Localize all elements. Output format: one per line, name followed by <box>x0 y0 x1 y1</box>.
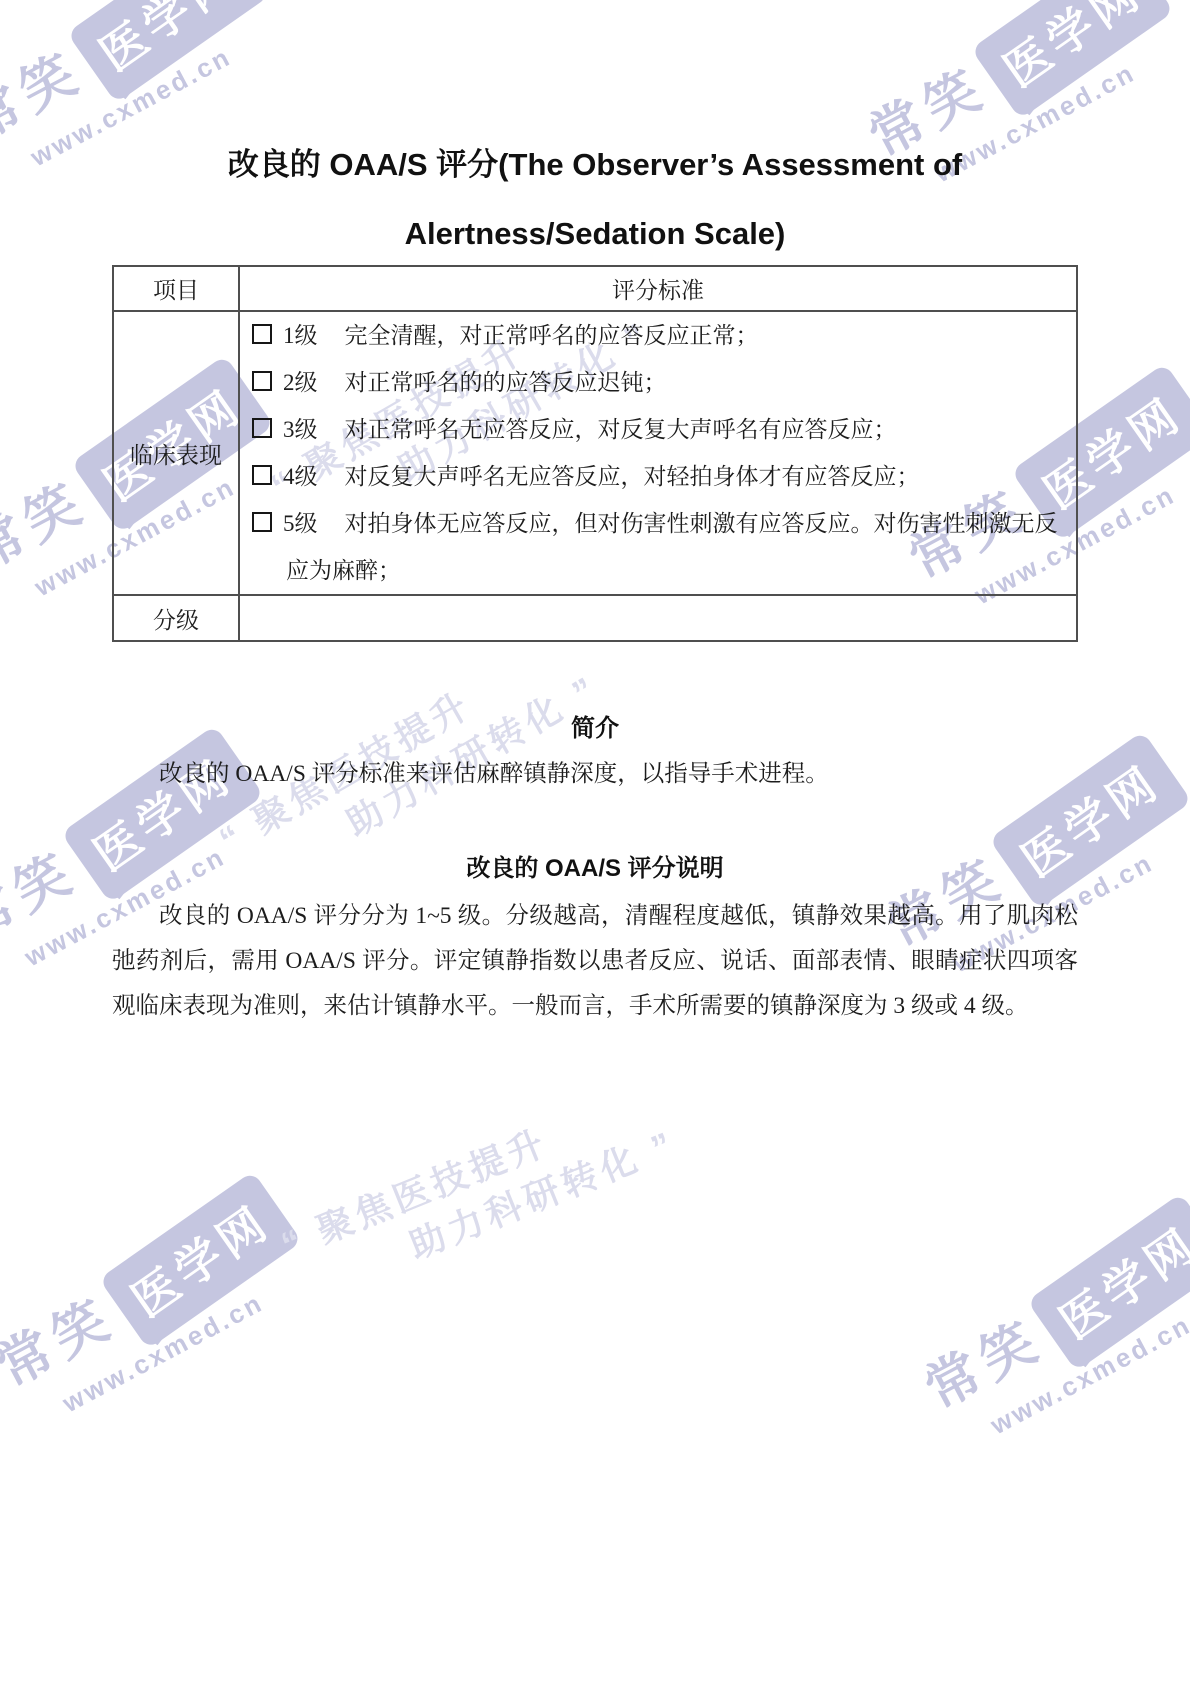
watermark-brand-bubble: 医学网 <box>971 0 1174 119</box>
table-header-item: 项目 <box>113 266 239 311</box>
level-1-label: 1级 <box>283 323 318 348</box>
explain-heading: 改良的 OAA/S 评分说明 <box>112 848 1078 883</box>
intro-heading: 简介 <box>112 708 1078 743</box>
level-5-text: 对拍身体无应答反应，但对伤害性刺激有应答反应。对伤害性刺激无反应为麻醉； <box>286 511 1058 583</box>
document-title-line2: Alertness/Sedation Scale) <box>112 199 1078 268</box>
level-3-label: 3级 <box>283 417 318 442</box>
level-2-text: 对正常呼名的的应答反应迟钝； <box>345 370 667 395</box>
table-header-criteria: 评分标准 <box>239 266 1077 311</box>
document-title-line1: 改良的 OAA/S 评分(The Observer’s Assessment o… <box>112 130 1078 199</box>
watermark-stamp: 常笑医学网 www.cxmed.cn <box>0 1178 321 1438</box>
level-5-label: 5级 <box>283 511 318 536</box>
level-4-text: 对反复大声呼名无应答反应，对轻拍身体才有应答反应； <box>345 464 920 489</box>
watermark-brand-prefix: 常笑 <box>0 459 99 585</box>
watermark-brand-prefix: 常笑 <box>0 29 95 155</box>
level-5-checkbox[interactable] <box>252 512 272 532</box>
criteria-item-5: 5级对拍身体无应答反应，但对伤害性刺激有应答反应。对伤害性刺激无反应为麻醉； <box>240 500 1076 594</box>
level-2-checkbox[interactable] <box>252 371 272 391</box>
watermark-url: www.cxmed.cn <box>985 1281 1190 1441</box>
watermark-brand-bubble: 医学网 <box>1027 1193 1190 1371</box>
watermark-brand-bubble: 医学网 <box>67 0 270 103</box>
document-page: 常笑医学网 www.cxmed.cn 常笑医学网 www.cxmed.cn 常笑… <box>0 0 1190 1682</box>
criteria-item-3: 3级对正常呼名无应答反应，对反复大声呼名有应答反应； <box>240 406 1076 453</box>
oaas-score-table: 项目 评分标准 临床表现 1级完全清醒，对正常呼名的应答反应正常； 2级对正常呼… <box>112 265 1078 642</box>
level-1-text: 完全清醒，对正常呼名的应答反应正常； <box>345 323 759 348</box>
clinical-manifestation-row: 临床表现 1级完全清醒，对正常呼名的应答反应正常； 2级对正常呼名的的应答反应迟… <box>113 311 1077 595</box>
grade-input-cell[interactable] <box>239 595 1077 641</box>
level-1-checkbox[interactable] <box>252 324 272 344</box>
explain-paragraph: 改良的 OAA/S 评分分为 1~5 级。分级越高，清醒程度越低，镇静效果越高。… <box>112 894 1078 1029</box>
watermark-brand-prefix: 常笑 <box>909 1297 1055 1423</box>
grade-row: 分级 <box>113 595 1077 641</box>
criteria-item-4: 4级对反复大声呼名无应答反应，对轻拍身体才有应答反应； <box>240 453 1076 500</box>
watermark-brand-prefix: 常笑 <box>0 1275 127 1401</box>
level-4-checkbox[interactable] <box>252 465 272 485</box>
watermark-stamp: 常笑医学网 www.cxmed.cn <box>907 1200 1190 1460</box>
clinical-row-label: 临床表现 <box>113 311 239 595</box>
watermark-brand-prefix: 常笑 <box>0 829 89 955</box>
level-3-checkbox[interactable] <box>252 418 272 438</box>
level-3-text: 对正常呼名无应答反应，对反复大声呼名有应答反应； <box>345 417 897 442</box>
intro-paragraph: 改良的 OAA/S 评分标准来评估麻醉镇静深度，以指导手术进程。 <box>112 752 1078 797</box>
criteria-item-2: 2级对正常呼名的的应答反应迟钝； <box>240 359 1076 406</box>
watermark-tagline: “ 聚焦医技提升 助力科研转化 ” <box>273 1070 683 1313</box>
criteria-item-1: 1级完全清醒，对正常呼名的应答反应正常； <box>240 312 1076 359</box>
watermark-brand-bubble: 医学网 <box>99 1171 302 1349</box>
table-header-row: 项目 评分标准 <box>113 266 1077 311</box>
level-2-label: 2级 <box>283 370 318 395</box>
watermark-tagline-line2: 助力科研转化 ” <box>401 1116 683 1270</box>
criteria-cell: 1级完全清醒，对正常呼名的应答反应正常； 2级对正常呼名的的应答反应迟钝； 3级… <box>239 311 1077 595</box>
document-title: 改良的 OAA/S 评分(The Observer’s Assessment o… <box>112 130 1078 268</box>
watermark-url: www.cxmed.cn <box>57 1259 321 1419</box>
watermark-tagline-line1: “ 聚焦医技提升 <box>273 1070 665 1268</box>
grade-row-label: 分级 <box>113 595 239 641</box>
level-4-label: 4级 <box>283 464 318 489</box>
